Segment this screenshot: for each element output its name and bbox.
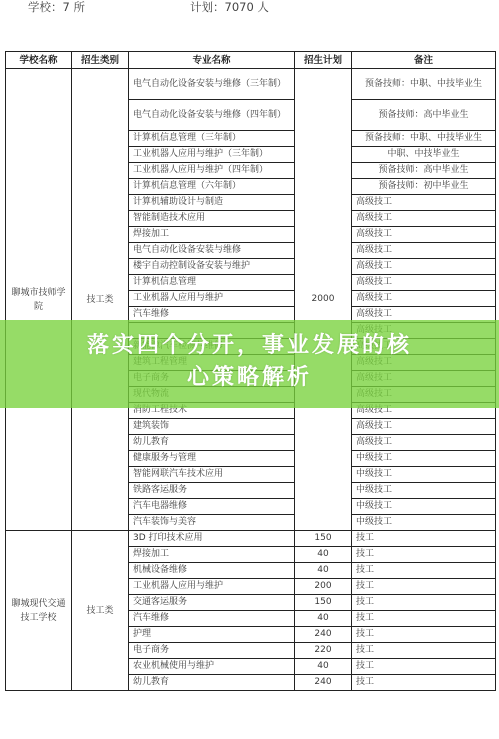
major-cell: 幼儿教育 — [129, 435, 295, 451]
banner-title-line1: 落实四个分开，事业发展的核 — [0, 330, 499, 362]
note-cell: 高级技工 — [352, 227, 496, 243]
note-cell: 高级技工 — [352, 419, 496, 435]
major-cell: 楼宇自动控制设备安装与维护 — [129, 259, 295, 275]
note-cell: 预备技师：中职、中技毕业生 — [352, 69, 496, 100]
plan-cell: 200 — [295, 579, 352, 595]
major-cell: 工业机器人应用与维护 — [129, 579, 295, 595]
major-cell: 智能网联汽车技术应用 — [129, 467, 295, 483]
note-cell: 预备技师：高中毕业生 — [352, 163, 496, 179]
note-cell: 中级技工 — [352, 451, 496, 467]
note-cell: 技工 — [352, 547, 496, 563]
note-cell: 中级技工 — [352, 483, 496, 499]
plan-cell: 40 — [295, 659, 352, 675]
major-cell: 3D 打印技术应用 — [129, 531, 295, 547]
category: 技工类 — [72, 531, 129, 691]
note-cell: 预备技师：高中毕业生 — [352, 100, 496, 131]
note-cell: 预备技师：中职、中技毕业生 — [352, 131, 496, 147]
school-name: 聊城市技师学院 — [6, 69, 72, 531]
note-cell: 高级技工 — [352, 211, 496, 227]
major-cell: 机械设备维修 — [129, 563, 295, 579]
note-cell: 高级技工 — [352, 259, 496, 275]
note-cell: 高级技工 — [352, 195, 496, 211]
plan-cell: 40 — [295, 547, 352, 563]
note-cell: 技工 — [352, 627, 496, 643]
note-cell: 技工 — [352, 643, 496, 659]
note-cell: 中职、中技毕业生 — [352, 147, 496, 163]
major-cell: 工业机器人应用与维护（三年制） — [129, 147, 295, 163]
header-note: 备注 — [352, 52, 496, 69]
major-cell: 电气自动化设备安装与维修（三年制） — [129, 69, 295, 100]
major-cell: 计算机信息管理（三年制） — [129, 131, 295, 147]
note-cell: 高级技工 — [352, 275, 496, 291]
major-cell: 护理 — [129, 627, 295, 643]
plan-cell: 2000 — [295, 69, 352, 531]
major-cell: 计算机信息管理 — [129, 275, 295, 291]
major-cell: 铁路客运服务 — [129, 483, 295, 499]
note-cell: 预备技师：初中毕业生 — [352, 179, 496, 195]
major-cell: 幼儿教育 — [129, 675, 295, 691]
header-school: 学校名称 — [6, 52, 72, 69]
header-major: 专业名称 — [129, 52, 295, 69]
major-cell: 汽车装饰与美容 — [129, 515, 295, 531]
plan-cell: 240 — [295, 627, 352, 643]
major-cell: 计算机信息管理（六年制） — [129, 179, 295, 195]
note-cell: 技工 — [352, 563, 496, 579]
major-cell: 计算机辅助设计与制造 — [129, 195, 295, 211]
major-cell: 健康服务与管理 — [129, 451, 295, 467]
banner-title-line2: 心策略解析 — [0, 362, 499, 394]
major-cell: 建筑装饰 — [129, 419, 295, 435]
table-row: 聊城市技师学院技工类电气自动化设备安装与维修（三年制）2000预备技师：中职、中… — [6, 69, 496, 100]
summary-bar: 学校：7 所 计划：7070 人 — [0, 0, 499, 20]
category: 技工类 — [72, 69, 129, 531]
note-cell: 技工 — [352, 531, 496, 547]
note-cell: 技工 — [352, 579, 496, 595]
note-cell: 高级技工 — [352, 291, 496, 307]
major-cell: 汽车维修 — [129, 611, 295, 627]
note-cell: 技工 — [352, 595, 496, 611]
plan-cell: 40 — [295, 563, 352, 579]
major-cell: 电气自动化设备安装与维修 — [129, 243, 295, 259]
plan-cell: 150 — [295, 595, 352, 611]
major-cell: 焊接加工 — [129, 547, 295, 563]
note-cell: 高级技工 — [352, 243, 496, 259]
plan-cell: 220 — [295, 643, 352, 659]
header-category: 招生类别 — [72, 52, 129, 69]
plan-cell: 40 — [295, 611, 352, 627]
note-cell: 技工 — [352, 611, 496, 627]
plan-total: 计划：7070 人 — [190, 0, 269, 15]
note-cell: 中级技工 — [352, 467, 496, 483]
plan-cell: 240 — [295, 675, 352, 691]
note-cell: 中级技工 — [352, 515, 496, 531]
note-cell: 技工 — [352, 675, 496, 691]
major-cell: 汽车电器维修 — [129, 499, 295, 515]
major-cell: 工业机器人应用与维护（四年制） — [129, 163, 295, 179]
table-row: 聊城现代交通技工学校技工类3D 打印技术应用150技工 — [6, 531, 496, 547]
banner-title: 落实四个分开，事业发展的核 心策略解析 — [0, 330, 499, 394]
major-cell: 智能制造技术应用 — [129, 211, 295, 227]
major-cell: 农业机械使用与维护 — [129, 659, 295, 675]
major-cell: 电子商务 — [129, 643, 295, 659]
table-header-row: 学校名称 招生类别 专业名称 招生计划 备注 — [6, 52, 496, 69]
major-cell: 工业机器人应用与维护 — [129, 291, 295, 307]
school-name: 聊城现代交通技工学校 — [6, 531, 72, 691]
major-cell: 交通客运服务 — [129, 595, 295, 611]
header-plan: 招生计划 — [295, 52, 352, 69]
note-cell: 高级技工 — [352, 435, 496, 451]
major-cell: 电气自动化设备安装与维修（四年制） — [129, 100, 295, 131]
note-cell: 技工 — [352, 659, 496, 675]
note-cell: 中级技工 — [352, 499, 496, 515]
major-cell: 焊接加工 — [129, 227, 295, 243]
school-count: 学校：7 所 — [28, 0, 85, 15]
plan-cell: 150 — [295, 531, 352, 547]
